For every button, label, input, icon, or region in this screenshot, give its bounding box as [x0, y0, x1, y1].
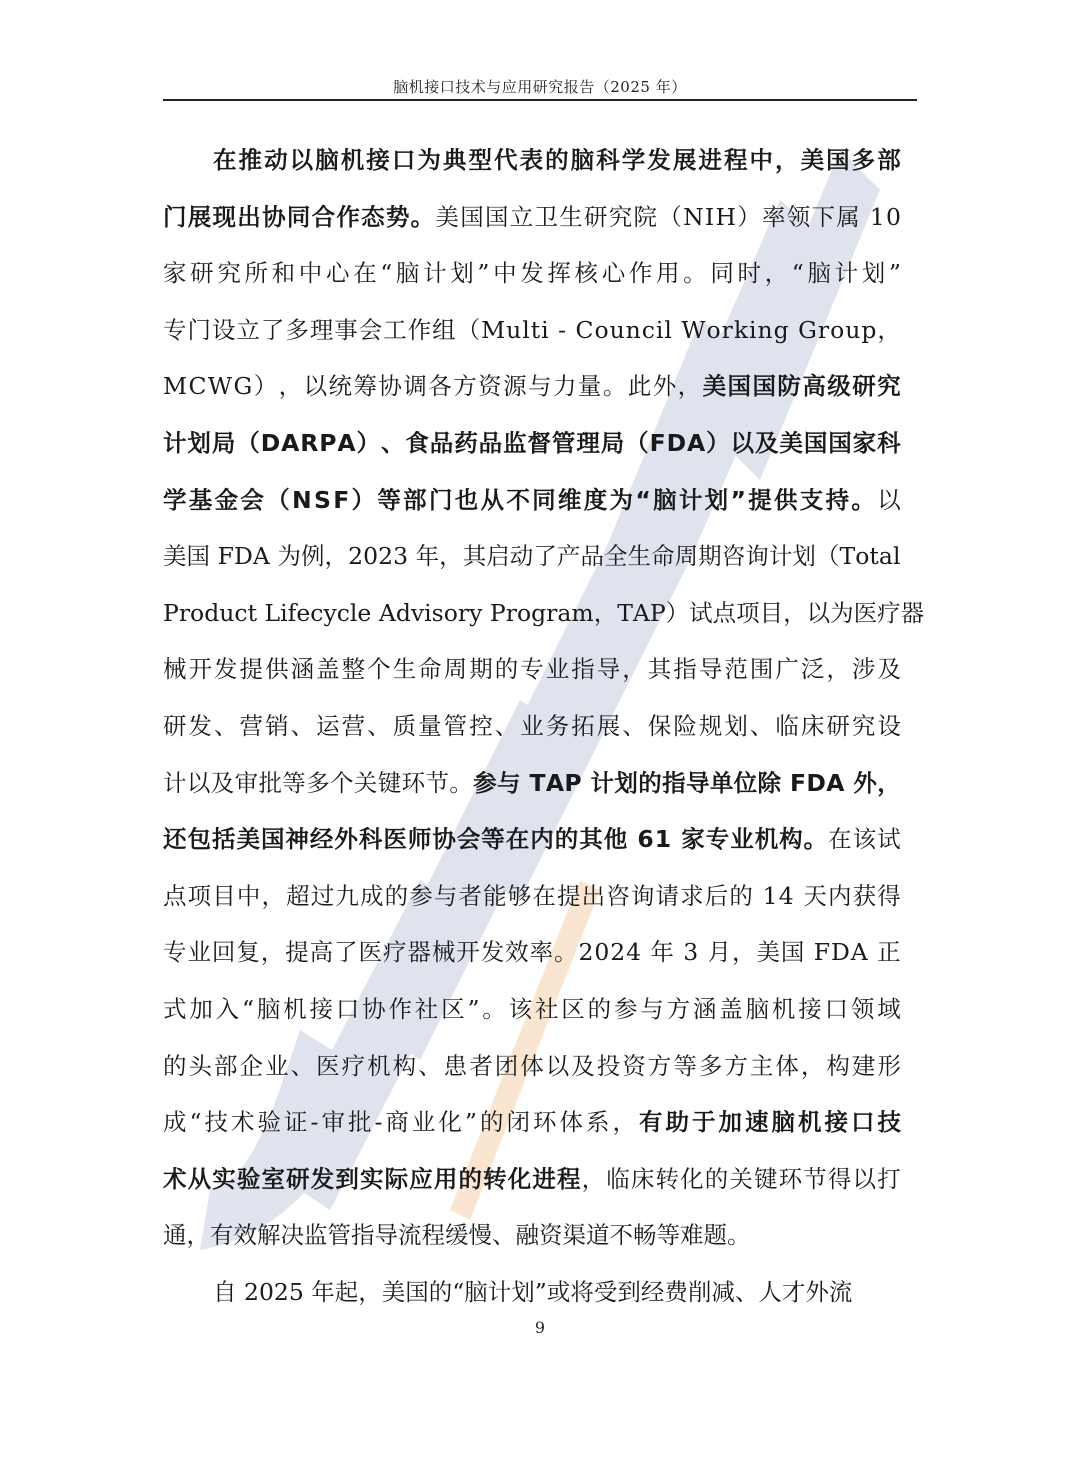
paragraph-line: 家研究所和中心在“脑计划”中发挥核心作用。同时，“脑计划”	[163, 251, 901, 308]
page-number: 9	[0, 1318, 1080, 1337]
header-divider	[163, 99, 917, 101]
paragraph-line: 门展现出协同合作态势。美国国立卫生研究院（NIH）率领下属 10	[163, 195, 901, 252]
paragraph-line: MCWG），以统筹协调各方资源与力量。此外，美国国防高级研究	[163, 364, 901, 421]
paragraph-line: 通，有效解决监管指导流程缓慢、融资渠道不畅等难题。	[163, 1213, 901, 1270]
paragraph-line: 研发、营销、运营、质量管控、业务拓展、保险规划、临床研究设	[163, 704, 901, 761]
paragraph-line: 美国 FDA 为例，2023 年，其启动了产品全生命周期咨询计划（Total	[163, 534, 901, 591]
paragraph-line: 计划局（DARPA）、食品药品监督管理局（FDA）以及美国国家科	[163, 421, 901, 478]
body-text: 在推动以脑机接口为典型代表的脑科学发展进程中，美国多部门展现出协同合作态势。美国…	[163, 138, 901, 1326]
paragraph-line: 专业回复，提高了医疗器械开发效率。2024 年 3 月，美国 FDA 正	[163, 930, 901, 987]
paragraph-line: 专门设立了多理事会工作组（Multi - Council Working Gro…	[163, 308, 901, 365]
paragraph-line: Product Lifecycle Advisory Program，TAP）试…	[163, 591, 901, 648]
paragraph-line: 计以及审批等多个关键环节。参与 TAP 计划的指导单位除 FDA 外，	[163, 761, 901, 818]
paragraph-line: 术从实验室研发到实际应用的转化进程，临床转化的关键环节得以打	[163, 1157, 901, 1214]
paragraph-line: 还包括美国神经外科医师协会等在内的其他 61 家专业机构。在该试	[163, 817, 901, 874]
paragraph-line: 成“技术验证-审批-商业化”的闭环体系，有助于加速脑机接口技	[163, 1100, 901, 1157]
paragraph-line: 点项目中，超过九成的参与者能够在提出咨询请求后的 14 天内获得	[163, 874, 901, 931]
paragraph-line: 式加入“脑机接口协作社区”。该社区的参与方涵盖脑机接口领域	[163, 987, 901, 1044]
paragraph-line: 的头部企业、医疗机构、患者团体以及投资方等多方主体，构建形	[163, 1044, 901, 1101]
paragraph-line: 械开发提供涵盖整个生命周期的专业指导，其指导范围广泛，涉及	[163, 647, 901, 704]
running-header: 脑机接口技术与应用研究报告（2025 年）	[163, 76, 917, 97]
paragraph-line: 在推动以脑机接口为典型代表的脑科学发展进程中，美国多部	[163, 138, 901, 195]
paragraph-line: 学基金会（NSF）等部门也从不同维度为“脑计划”提供支持。以	[163, 478, 901, 535]
